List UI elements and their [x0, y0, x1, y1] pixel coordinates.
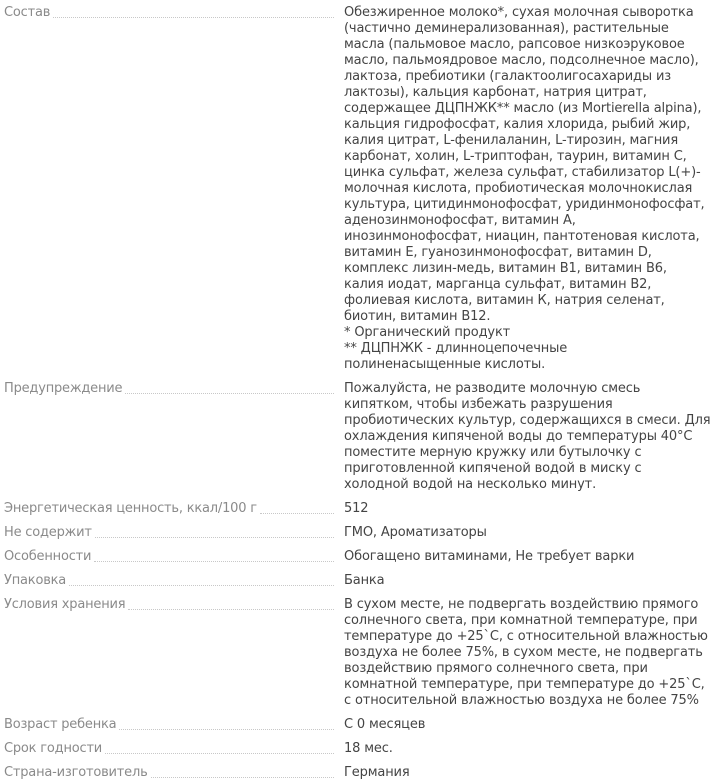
dotted-leader	[69, 584, 334, 586]
spec-value-line: лактоза, пребиотики (галактоолигосахарид…	[344, 69, 717, 85]
spec-label: Упаковка	[4, 573, 66, 589]
spec-label-cell: Упаковка	[0, 573, 336, 589]
spec-value-line: кальция гидрофосфат, калия хлорида, рыби…	[344, 117, 717, 133]
spec-value-line: холодной водой на несколько минут.	[344, 477, 717, 493]
spec-value: ГМО, Ароматизаторы	[336, 525, 723, 541]
spec-value: С 0 месяцев	[336, 717, 723, 733]
spec-value-line: биотин, витамин В12.	[344, 309, 717, 325]
spec-row-4: Особенности Обогащено витаминами, Не тре…	[0, 549, 723, 565]
dotted-leader	[119, 728, 334, 730]
spec-value-line: Германия	[344, 765, 717, 780]
spec-label: Не содержит	[4, 525, 92, 541]
dotted-leader	[53, 16, 334, 18]
spec-label-cell: Энергетическая ценность, ккал/100 г	[0, 501, 336, 517]
dotted-leader	[105, 752, 334, 754]
spec-value-line: комплекс лизин-медь, витамин В1, витамин…	[344, 261, 717, 277]
spec-value-line: комнатной температуре, при температуре д…	[344, 677, 717, 693]
spec-value-line: В сухом месте, не подвергать воздействию…	[344, 597, 717, 613]
spec-value-line: карбонат, холин, L-триптофан, таурин, ви…	[344, 149, 717, 165]
dotted-leader	[128, 608, 334, 610]
spec-label: Состав	[4, 5, 50, 21]
spec-value-line: цинка сульфат, железа сульфат, стабилиза…	[344, 165, 717, 181]
spec-value-line: аденозинмонофосфат, витамин А,	[344, 213, 717, 229]
spec-value-line: С 0 месяцев	[344, 717, 717, 733]
dotted-leader	[151, 776, 334, 778]
spec-row-1: Предупреждение Пожалуйста, не разводите …	[0, 381, 723, 493]
spec-label-cell: Предупреждение	[0, 381, 336, 397]
spec-label-cell: Состав	[0, 5, 336, 21]
spec-value-line: кипятком, чтобы избежать разрушения	[344, 397, 717, 413]
product-specifications: Состав Обезжиренное молоко*, сухая молоч…	[0, 0, 723, 780]
spec-value-line: лактозы), кальция карбонат, натрия цитра…	[344, 85, 717, 101]
spec-value-line: * Органический продукт	[344, 325, 717, 341]
spec-label: Особенности	[4, 549, 91, 565]
spec-label-cell: Особенности	[0, 549, 336, 565]
spec-value: 512	[336, 501, 723, 517]
dotted-leader	[260, 512, 334, 514]
spec-row-6: Условия хранения В сухом месте, не подве…	[0, 597, 723, 709]
spec-value-line: пробиотических культур, содержащихся в с…	[344, 413, 717, 429]
spec-row-8: Срок годности 18 мес.	[0, 741, 723, 757]
spec-row-5: Упаковка Банка	[0, 573, 723, 589]
dotted-leader	[125, 392, 334, 394]
spec-value-line: калия иодат, марганца сульфат, витамин В…	[344, 277, 717, 293]
spec-value-line: полиненасыщенные кислоты.	[344, 357, 717, 373]
spec-row-3: Не содержит ГМО, Ароматизаторы	[0, 525, 723, 541]
spec-value-line: поместите мерную кружку или бутылочку с	[344, 445, 717, 461]
spec-value-line: содержащее ДЦПНЖК** масло (из Mortierell…	[344, 101, 717, 117]
spec-label-cell: Условия хранения	[0, 597, 336, 613]
spec-value: Банка	[336, 573, 723, 589]
spec-value: Обогащено витаминами, Не требует варки	[336, 549, 723, 565]
spec-value-line: масло, пальмоядровое масло, подсолнечное…	[344, 53, 717, 69]
spec-value-line: фолиевая кислота, витамин К, натрия селе…	[344, 293, 717, 309]
spec-value: 18 мес.	[336, 741, 723, 757]
spec-value-line: инозинмонофосфат, ниацин, пантотеновая к…	[344, 229, 717, 245]
spec-value: Пожалуйста, не разводите молочную смеськ…	[336, 381, 723, 493]
spec-value-line: солнечного света, при комнатной температ…	[344, 613, 717, 629]
dotted-leader	[94, 560, 334, 562]
spec-label: Возраст ребенка	[4, 717, 116, 733]
spec-row-9: Страна-изготовитель Германия	[0, 765, 723, 780]
spec-label-cell: Срок годности	[0, 741, 336, 757]
spec-value-line: молочная кислота, пробиотическая молочно…	[344, 181, 717, 197]
spec-value-line: калия цитрат, L-фенилаланин, L-тирозин, …	[344, 133, 717, 149]
spec-row-2: Энергетическая ценность, ккал/100 г 512	[0, 501, 723, 517]
spec-value-line: (частично деминерализованная), раститель…	[344, 21, 717, 37]
spec-value-line: охлаждения кипяченой воды до температуры…	[344, 429, 717, 445]
spec-label: Срок годности	[4, 741, 102, 757]
spec-value: Обезжиренное молоко*, сухая молочная сыв…	[336, 5, 723, 373]
spec-value-line: Обогащено витаминами, Не требует варки	[344, 549, 717, 565]
spec-label-cell: Не содержит	[0, 525, 336, 541]
spec-label-cell: Возраст ребенка	[0, 717, 336, 733]
spec-value-line: Пожалуйста, не разводите молочную смесь	[344, 381, 717, 397]
spec-value-line: ** ДЦПНЖК - длинноцепочечные	[344, 341, 717, 357]
spec-value: В сухом месте, не подвергать воздействию…	[336, 597, 723, 709]
spec-row-7: Возраст ребенка С 0 месяцев	[0, 717, 723, 733]
spec-value-line: воздуха не более 75%, в сухом месте, не …	[344, 645, 717, 661]
spec-label: Условия хранения	[4, 597, 125, 613]
dotted-leader	[95, 536, 334, 538]
spec-value-line: культура, цитидинмонофосфат, уридинмоноф…	[344, 197, 717, 213]
spec-value-line: температуре до +25`С, с относительной вл…	[344, 629, 717, 645]
spec-value-line: приготовленной кипяченой водой в миску с	[344, 461, 717, 477]
spec-label: Энергетическая ценность, ккал/100 г	[4, 501, 257, 517]
spec-value-line: Банка	[344, 573, 717, 589]
spec-value-line: воздействию прямого солнечного света, пр…	[344, 661, 717, 677]
spec-row-0: Состав Обезжиренное молоко*, сухая молоч…	[0, 5, 723, 373]
spec-value-line: масла (пальмовое масло, рапсовое низкоэр…	[344, 37, 717, 53]
spec-label: Предупреждение	[4, 381, 122, 397]
spec-value: Германия	[336, 765, 723, 780]
spec-value-line: Обезжиренное молоко*, сухая молочная сыв…	[344, 5, 717, 21]
spec-value-line: 18 мес.	[344, 741, 717, 757]
spec-value-line: с относительной влажностью воздуха не бо…	[344, 693, 717, 709]
spec-value-line: 512	[344, 501, 717, 517]
spec-value-line: ГМО, Ароматизаторы	[344, 525, 717, 541]
spec-label: Страна-изготовитель	[4, 765, 148, 780]
spec-label-cell: Страна-изготовитель	[0, 765, 336, 780]
spec-value-line: витамин Е, гуанозинмонофосфат, витамин D…	[344, 245, 717, 261]
